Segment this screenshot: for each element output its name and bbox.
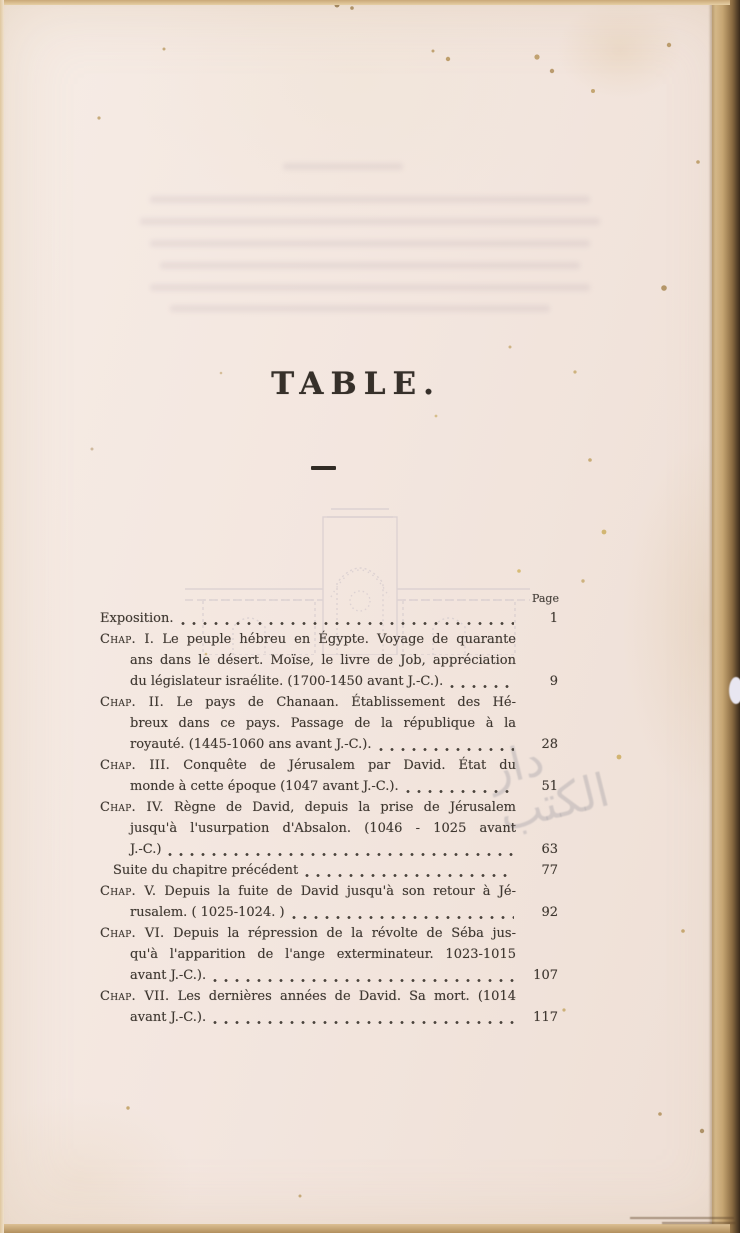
dot-leader xyxy=(213,978,514,983)
toc-entry: Chap. VII. Les dernières années de David… xyxy=(100,986,562,1028)
page-number: 107 xyxy=(516,923,562,986)
toc-entry: Chap. III. Conquête de Jérusalem par Dav… xyxy=(100,755,562,797)
dot-leader xyxy=(181,621,514,626)
book-page-edge-bottom xyxy=(0,1224,730,1233)
toc-entry: Exposition. 1 xyxy=(100,608,562,629)
entry-text-line: breux dans ce pays. Passage de la républ… xyxy=(100,713,516,734)
entry-text-line: Chap. VI. Depuis la répression de la rév… xyxy=(100,923,516,944)
page-title: TABLE. xyxy=(0,366,712,402)
entry-text: Suite du chapitre précédent xyxy=(113,860,298,881)
book-page-edge-left xyxy=(0,0,4,1233)
page-column-header: Page xyxy=(100,591,562,608)
chapter-label: Chap. II. xyxy=(100,695,164,710)
toc-entry: Chap. II. Le pays de Chanaan. Établissem… xyxy=(100,692,562,755)
entry-text: monde à cette époque (1047 avant J.-C.). xyxy=(130,776,399,797)
entry-text: rusalem. ( 1025-1024. ) xyxy=(130,902,285,923)
entry-text-line: Chap. IV. Règne de David, depuis la pris… xyxy=(100,797,516,818)
entry-text-line: Chap. I. Le peuple hébreu en Égypte. Voy… xyxy=(100,629,516,650)
entry-text: J.-C.) xyxy=(130,839,161,860)
entry-text-line: Chap. III. Conquête de Jérusalem par Dav… xyxy=(100,755,516,776)
paper-chip-mark xyxy=(729,677,740,704)
dot-leader xyxy=(406,789,514,794)
toc-entry: Suite du chapitre précédent 77 xyxy=(100,860,562,881)
entry-text-line: qu'à l'apparition de l'ange exterminateu… xyxy=(100,944,516,965)
entry-text: Conquête de Jérusalem par David. État du xyxy=(183,758,516,773)
entry-text-line: Exposition. xyxy=(100,608,516,629)
page-number: 1 xyxy=(516,608,562,629)
entry-text: royauté. (1445-1060 ans avant J.-C.). xyxy=(130,734,372,755)
page-number: 92 xyxy=(516,881,562,923)
entry-text-line: Chap. VII. Les dernières années de David… xyxy=(100,986,516,1007)
book-page-edge-top xyxy=(0,0,730,5)
toc-entry: Chap. I. Le peuple hébreu en Égypte. Voy… xyxy=(100,629,562,692)
chapter-label: Chap. I. xyxy=(100,632,154,647)
page-number: 63 xyxy=(516,797,562,860)
entry-text-line: J.-C.) xyxy=(100,839,516,860)
entry-text-line: Suite du chapitre précédent xyxy=(100,860,516,881)
stacked-pages-line xyxy=(662,1222,736,1224)
entry-text: avant J.-C.). xyxy=(130,965,206,986)
chapter-label: Chap. III. xyxy=(100,758,170,773)
entry-text: Exposition. xyxy=(100,608,174,629)
chapter-label: Chap. V. xyxy=(100,884,156,899)
page-number: 117 xyxy=(516,986,562,1028)
entry-text-line: rusalem. ( 1025-1024. ) xyxy=(100,902,516,923)
page-number: 28 xyxy=(516,692,562,755)
entry-text-line: Chap. V. Depuis la fuite de David jusqu'… xyxy=(100,881,516,902)
page-number: 51 xyxy=(516,755,562,797)
chapter-label: Chap. IV. xyxy=(100,800,164,815)
entry-text: avant J.-C.). xyxy=(130,1007,206,1028)
entry-text: Le pays de Chanaan. Établissement des Hé… xyxy=(177,695,516,710)
entry-text-line: avant J.-C.). xyxy=(100,965,516,986)
entry-text: Les dernières années de David. Sa mort. … xyxy=(178,989,516,1004)
entry-text-line: ans dans le désert. Moïse, le livre de J… xyxy=(100,650,516,671)
chapter-label: Chap. VII. xyxy=(100,989,169,1004)
chapter-label: Chap. VI. xyxy=(100,926,165,941)
entry-text-line: jusqu'à l'usurpation d'Absalon. (1046 - … xyxy=(100,818,516,839)
stacked-pages-line xyxy=(630,1217,734,1219)
page-crease xyxy=(710,0,714,1233)
entry-text-line: avant J.-C.). xyxy=(100,1007,516,1028)
entry-text: du législateur israélite. (1700-1450 ava… xyxy=(130,671,443,692)
section-divider-rule xyxy=(311,466,336,470)
book-page-scan: دار الكتب TABLE. Page Exposition. 1 Chap… xyxy=(0,0,740,1233)
entry-text-line: royauté. (1445-1060 ans avant J.-C.). xyxy=(100,734,516,755)
dot-leader xyxy=(305,873,514,878)
dot-leader xyxy=(292,915,514,920)
entry-text-line: monde à cette époque (1047 avant J.-C.). xyxy=(100,776,516,797)
dot-leader xyxy=(168,852,514,857)
page-number: 77 xyxy=(516,860,562,881)
table-of-contents: Page Exposition. 1 Chap. I. Le peuple hé… xyxy=(100,591,562,1028)
toc-entry: Chap. V. Depuis la fuite de David jusqu'… xyxy=(100,881,562,923)
toc-entry: Chap. IV. Règne de David, depuis la pris… xyxy=(100,797,562,860)
book-page-edge-right xyxy=(712,0,740,1233)
dot-leader xyxy=(450,684,514,689)
toc-entry: Chap. VI. Depuis la répression de la rév… xyxy=(100,923,562,986)
page-number: 9 xyxy=(516,629,562,692)
entry-text-line: Chap. II. Le pays de Chanaan. Établissem… xyxy=(100,692,516,713)
entry-text: Depuis la répression de la révolte de Sé… xyxy=(173,926,516,941)
dot-leader xyxy=(379,747,514,752)
entry-text: Le peuple hébreu en Égypte. Voyage de qu… xyxy=(162,632,516,647)
entry-text: Règne de David, depuis la prise de Jérus… xyxy=(174,800,516,815)
entry-text: Depuis la fuite de David jusqu'à son ret… xyxy=(164,884,516,899)
dot-leader xyxy=(213,1020,514,1025)
entry-text-line: du législateur israélite. (1700-1450 ava… xyxy=(100,671,516,692)
